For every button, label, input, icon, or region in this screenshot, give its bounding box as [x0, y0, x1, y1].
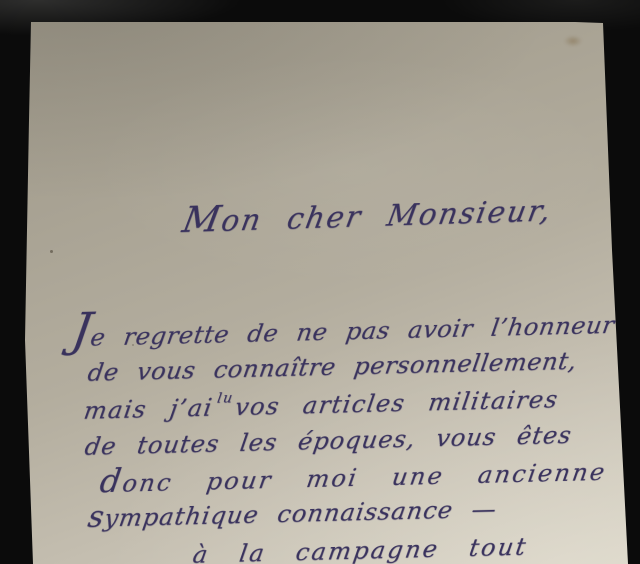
- ink-speck: [50, 250, 53, 253]
- photo-frame: Mon cher Monsieur, Je regrette de ne pas…: [0, 0, 640, 564]
- body-line-3-start: mais j’ai: [82, 394, 215, 425]
- paper-stain: [560, 33, 586, 49]
- superscript-insertion: lu: [216, 390, 235, 406]
